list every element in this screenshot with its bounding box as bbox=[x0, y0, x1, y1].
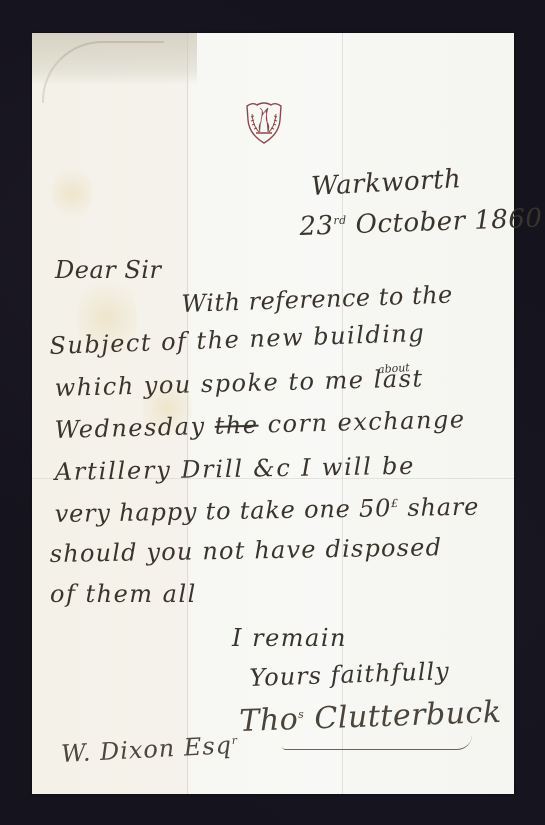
body-text: last bbox=[373, 364, 424, 393]
body-text: very happy to take one 50 bbox=[55, 494, 392, 528]
body-text: Wednesday bbox=[54, 412, 206, 444]
body-text: corn exchange bbox=[267, 405, 466, 438]
signature-flourish bbox=[282, 735, 472, 750]
date-day: 23 bbox=[299, 211, 334, 242]
signature-first-suffix: s bbox=[298, 708, 305, 721]
crest-shield-icon bbox=[239, 98, 289, 148]
body-line-8: of them all bbox=[50, 580, 197, 608]
date-day-suffix: rd bbox=[333, 214, 347, 227]
stain-spot bbox=[52, 163, 92, 223]
body-text: share bbox=[407, 493, 479, 522]
addressee-suffix: r bbox=[231, 734, 238, 747]
signature-first: Tho bbox=[239, 702, 299, 739]
signature-last: Clutterbuck bbox=[314, 695, 502, 737]
closing-remain: I remain bbox=[232, 624, 347, 652]
struck-text: the bbox=[214, 411, 259, 440]
pound-sign: £ bbox=[391, 497, 399, 510]
salutation: Dear Sir bbox=[55, 256, 161, 284]
